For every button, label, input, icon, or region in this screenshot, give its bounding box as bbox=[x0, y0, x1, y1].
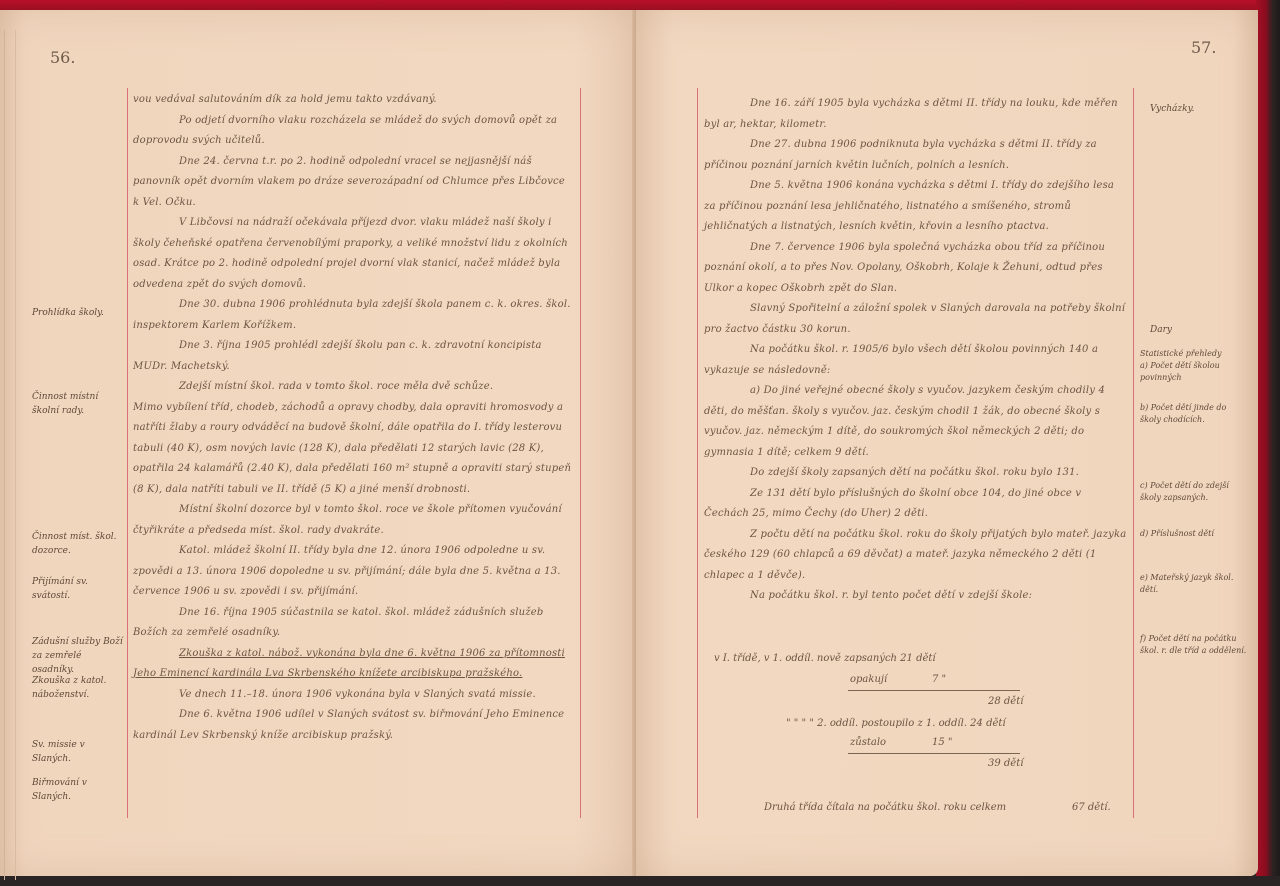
margin-note: Zkouška z katol. náboženství. bbox=[32, 674, 124, 702]
tally-row2-label: " " " " 2. oddíl. postoupilo z 1. oddíl.… bbox=[786, 718, 1006, 729]
page-edge-lines bbox=[4, 30, 16, 880]
page-number-left: 56. bbox=[50, 48, 75, 67]
margin-note: Prohlídka školy. bbox=[32, 306, 124, 320]
paragraph: Dne 6. května 1906 udílel v Slaných svát… bbox=[133, 705, 573, 746]
tally-row1-sub-label: opakují bbox=[850, 674, 887, 685]
paragraph: Dne 16. října 1905 súčastnila se katol. … bbox=[133, 603, 573, 644]
left-margin-rule bbox=[127, 88, 128, 818]
margin-note: d) Příslušnost dětí bbox=[1140, 528, 1248, 540]
margin-note: Činnost místní školní rady. bbox=[32, 390, 124, 418]
margin-note: Vycházky. bbox=[1150, 102, 1250, 116]
tally-footer-value: 67 dětí. bbox=[1072, 802, 1111, 813]
paragraph: Ze 131 dětí bylo příslušných do školní o… bbox=[704, 484, 1128, 525]
book-cover-right-edge bbox=[1256, 0, 1280, 886]
margin-note: Činnost míst. škol. dozorce. bbox=[32, 530, 124, 558]
paragraph: Z počtu dětí na počátku škol. roku do šk… bbox=[704, 525, 1128, 587]
left-page-body: vou vedával salutováním dík za hold jemu… bbox=[133, 90, 573, 746]
page-number-right: 57. bbox=[1191, 38, 1216, 57]
paragraph: Dne 7. července 1906 byla společná vychá… bbox=[704, 238, 1128, 300]
paragraph: Mimo vybílení tříd, chodeb, záchodů a op… bbox=[133, 398, 573, 501]
paragraph: Dne 16. září 1905 byla vycházka s dětmi … bbox=[704, 94, 1128, 135]
margin-note: Statistické přehledy a) Počet dětí školo… bbox=[1140, 348, 1248, 384]
margin-note: f) Počet dětí na počátku škol. r. dle tř… bbox=[1140, 633, 1248, 657]
right-page: 57. Dne 16. září 1905 byla vycházka s dě… bbox=[636, 10, 1258, 876]
paragraph: a) Do jiné veřejné obecné školy s vyučov… bbox=[704, 381, 1128, 463]
paragraph: Dne 27. dubna 1906 podniknuta byla vychá… bbox=[704, 135, 1128, 176]
tally-row2-total: 39 dětí bbox=[988, 758, 1023, 769]
right-page-body: Dne 16. září 1905 byla vycházka s dětmi … bbox=[704, 94, 1128, 607]
margin-note: e) Mateřský jazyk škol. dětí. bbox=[1140, 572, 1248, 596]
paragraph: Do zdejší školy zapsaných dětí na počátk… bbox=[704, 463, 1128, 484]
right-margin-rule bbox=[1133, 88, 1134, 818]
tally-sum-line bbox=[848, 690, 1020, 691]
margin-note: Přijímání sv. svátostí. bbox=[32, 575, 124, 603]
tally-row2-sub-value: 15 " bbox=[932, 737, 953, 748]
margin-note: Sv. missie v Slaných. bbox=[32, 738, 124, 766]
paragraph-underlined: Zkouška z katol. nábož. vykonána byla dn… bbox=[133, 644, 573, 685]
left-page: 56. vou vedával salutováním dík za hold … bbox=[0, 10, 636, 876]
paragraph: Dne 30. dubna 1906 prohlédnuta byla zdej… bbox=[133, 295, 573, 336]
tally-row1-total: 28 dětí bbox=[988, 696, 1023, 707]
margin-note: Zádušní služby Boží za zemřelé osadníky. bbox=[32, 635, 124, 677]
book-cover-bottom-edge bbox=[0, 876, 1280, 886]
tally-footer-label: Druhá třída čítala na počátku škol. roku… bbox=[764, 802, 1006, 813]
paragraph: Dne 3. října 1905 prohlédl zdejší školu … bbox=[133, 336, 573, 377]
right-margin-rule bbox=[580, 88, 581, 818]
paragraph: Po odjetí dvorního vlaku rozcházela se m… bbox=[133, 111, 573, 152]
tally-sum-line bbox=[848, 753, 1020, 754]
margin-note: c) Počet dětí do zdejší školy zapsaných. bbox=[1140, 480, 1248, 504]
paragraph: vou vedával salutováním dík za hold jemu… bbox=[133, 90, 573, 111]
paragraph: V Libčovsi na nádraží očekávala příjezd … bbox=[133, 213, 573, 295]
margin-note: Dary bbox=[1150, 323, 1250, 337]
paragraph: Místní školní dozorce byl v tomto škol. … bbox=[133, 500, 573, 541]
tally-row1-label: v I. třídě, v 1. oddíl. nově zapsaných 2… bbox=[714, 653, 936, 664]
paragraph: Ve dnech 11.–18. února 1906 vykonána byl… bbox=[133, 685, 573, 706]
paragraph: Katol. mládež školní II. třídy byla dne … bbox=[133, 541, 573, 603]
margin-note: Biřmování v Slaných. bbox=[32, 776, 124, 804]
paragraph: Dne 5. května 1906 konána vycházka s dět… bbox=[704, 176, 1128, 238]
tally-row1-sub-value: 7 " bbox=[932, 674, 946, 685]
paragraph: Na počátku škol. r. byl tento počet dětí… bbox=[704, 586, 1128, 607]
paragraph: Zdejší místní škol. rada v tomto škol. r… bbox=[133, 377, 573, 398]
paragraph: Slavný Spořitelní a záložní spolek v Sla… bbox=[704, 299, 1128, 340]
margin-note: b) Počet dětí jinde do školy chodících. bbox=[1140, 402, 1248, 426]
tally-row2-sub-label: zůstalo bbox=[850, 737, 886, 748]
left-margin-rule bbox=[697, 88, 698, 818]
paragraph: Na počátku škol. r. 1905/6 bylo všech dě… bbox=[704, 340, 1128, 381]
paragraph: Dne 24. června t.r. po 2. hodině odpoled… bbox=[133, 152, 573, 214]
